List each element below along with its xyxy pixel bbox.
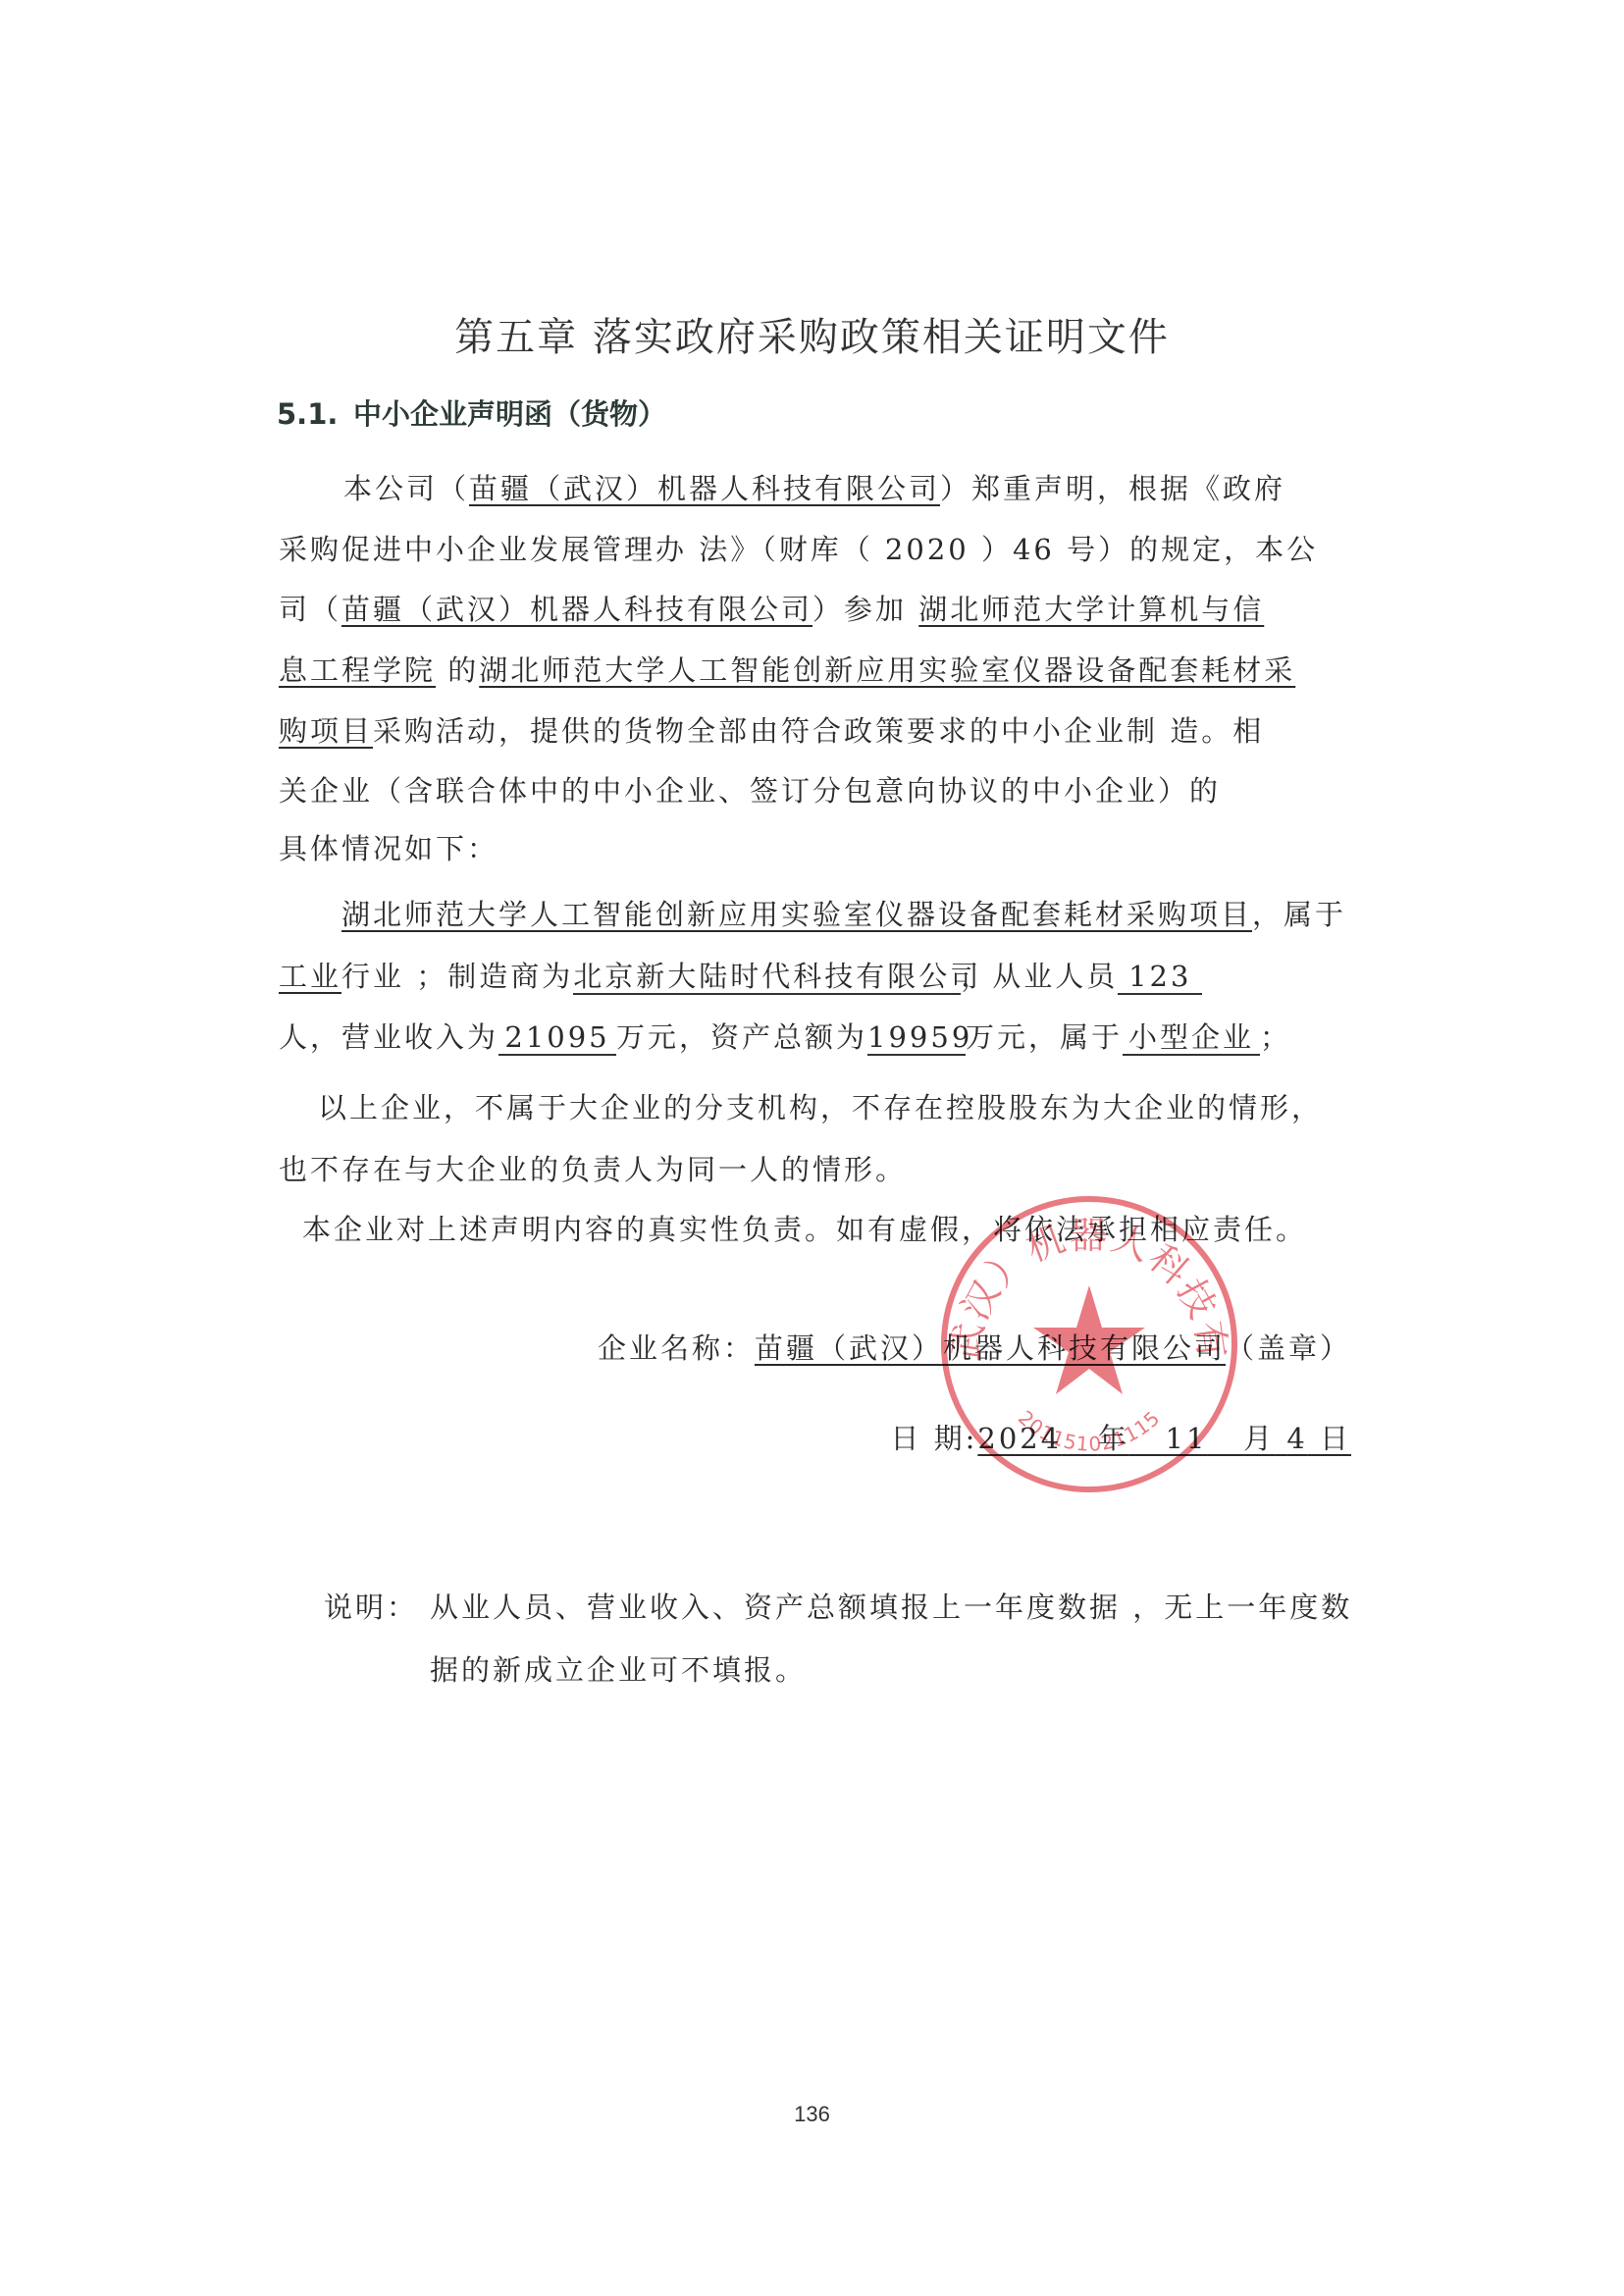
note-label: 说明： — [324, 1588, 418, 1627]
signature-company-line: 企业名称：苗疆（武汉）机器人科技有限公司（盖章） — [598, 1329, 1351, 1368]
note-text-1: 从业人员、营业收入、资产总额填报上一年度数据 ，无上一年度数 — [430, 1588, 1352, 1627]
employees-value: 123 — [1118, 960, 1202, 995]
document-page: 第五章 落实政府采购政策相关证明文件 5.1.中小企业声明函（货物） 本公司（苗… — [0, 0, 1624, 2296]
declarant-company-name: 苗疆（武汉）机器人科技有限公司 — [469, 472, 940, 505]
revenue-value: 21095 — [498, 1020, 616, 1056]
text: ，从业人员 — [961, 960, 1118, 993]
enterprise-type-value: 小型企业 — [1123, 1020, 1260, 1056]
section-title: 中小企业声明函（货物） — [353, 397, 666, 431]
chapter-title: 第五章 落实政府采购政策相关证明文件 — [0, 306, 1624, 362]
text: 万元，资产总额为 — [616, 1020, 867, 1054]
date-month: 11 — [1166, 1422, 1208, 1455]
signature-date-line: 日 期:2024 年 11 月 4 日 — [890, 1419, 1351, 1458]
company-name-label: 企业名称： — [598, 1331, 755, 1365]
text: 行业 ；制造商为 — [341, 960, 573, 993]
date-day: 4 — [1286, 1422, 1307, 1455]
date-label: 日 期: — [890, 1422, 977, 1455]
declarant-company-name-2: 苗疆（武汉）机器人科技有限公司 — [341, 593, 812, 626]
date-year-unit: 年 — [1098, 1422, 1129, 1455]
statement-line-1: 以上企业，不属于大企业的分支机构，不存在控股股东为大企业的情形， — [279, 1088, 1378, 1127]
text: ）郑重声明，根据《政府 — [940, 472, 1285, 505]
declaration-line-3: 司（苗疆（武汉）机器人科技有限公司）参加 湖北师范大学计算机与信 — [279, 590, 1338, 629]
project-name: 湖北师范大学人工智能创新应用实验室仪器设备配套耗材采购项目 — [341, 898, 1252, 931]
seal-note: （盖章） — [1226, 1331, 1351, 1365]
date-month-unit: 月 — [1243, 1422, 1275, 1455]
declaration-line-5: 购项目采购活动，提供的货物全部由符合政策要求的中小企业制 造。相 — [279, 711, 1338, 751]
statement-line-2: 也不存在与大企业的负责人为同一人的情形。 — [279, 1150, 1338, 1189]
text: ，属于 — [1252, 898, 1346, 931]
page-number: 136 — [0, 2102, 1624, 2127]
text: ； — [1260, 1020, 1291, 1054]
industry-value: 工业 — [279, 960, 341, 993]
text: 人，营业收入为 — [279, 1020, 498, 1054]
note-text-2: 据的新成立企业可不填报。 — [430, 1650, 807, 1690]
declaration-line-6: 关企业（含联合体中的中小企业、签订分包意向协议的中小企业）的 — [279, 771, 1338, 810]
purchaser-name-part2: 息工程学院 — [279, 653, 436, 687]
text: 本公司（ — [343, 472, 469, 505]
enterprise-line-1: 湖北师范大学人工智能创新应用实验室仪器设备配套耗材采购项目，属于 — [279, 895, 1401, 934]
section-heading: 5.1.中小企业声明函（货物） — [277, 392, 666, 433]
text: 万元，属于 — [966, 1020, 1123, 1054]
section-number: 5.1. — [277, 397, 353, 431]
signature-company-name: 苗疆（武汉）机器人科技有限公司 — [755, 1331, 1226, 1365]
declaration-line-1: 本公司（苗疆（武汉）机器人科技有限公司）郑重声明，根据《政府 — [279, 469, 1403, 508]
date-value: 2024 年 11 月 4 日 — [977, 1422, 1351, 1455]
text: 司（ — [279, 593, 341, 626]
enterprise-line-2: 工业行业 ；制造商为北京新大陆时代科技有限公司，从业人员123 — [279, 957, 1338, 996]
project-name-part2: 购项目 — [279, 714, 373, 748]
enterprise-line-3: 人，营业收入为21095万元，资产总额为19959万元，属于小型企业； — [279, 1018, 1338, 1057]
date-year: 2024 — [977, 1422, 1062, 1455]
declaration-line-2: 采购促进中小企业发展管理办 法》（财库（ 2020 ）46 号）的规定，本公 — [279, 530, 1338, 569]
text: ）参加 — [812, 593, 918, 626]
purchaser-name-part1: 湖北师范大学计算机与信 — [918, 593, 1264, 626]
manufacturer-value: 北京新大陆时代科技有限公司 — [573, 960, 961, 995]
text: 采购活动，提供的货物全部由符合政策要求的中小企业制 造。相 — [373, 714, 1264, 748]
project-name-part1: 湖北师范大学人工智能创新应用实验室仪器设备配套耗材采 — [479, 653, 1295, 687]
statement-line-3: 本企业对上述声明内容的真实性负责。如有虚假，将依法承担相应责任。 — [279, 1210, 1362, 1249]
declaration-line-4: 息工程学院 的湖北师范大学人工智能创新应用实验室仪器设备配套耗材采 — [279, 651, 1338, 690]
date-day-unit: 日 — [1320, 1422, 1351, 1455]
declaration-line-7: 具体情况如下： — [279, 829, 1338, 868]
text: 的 — [436, 653, 479, 687]
assets-value: 19959 — [867, 1020, 966, 1056]
